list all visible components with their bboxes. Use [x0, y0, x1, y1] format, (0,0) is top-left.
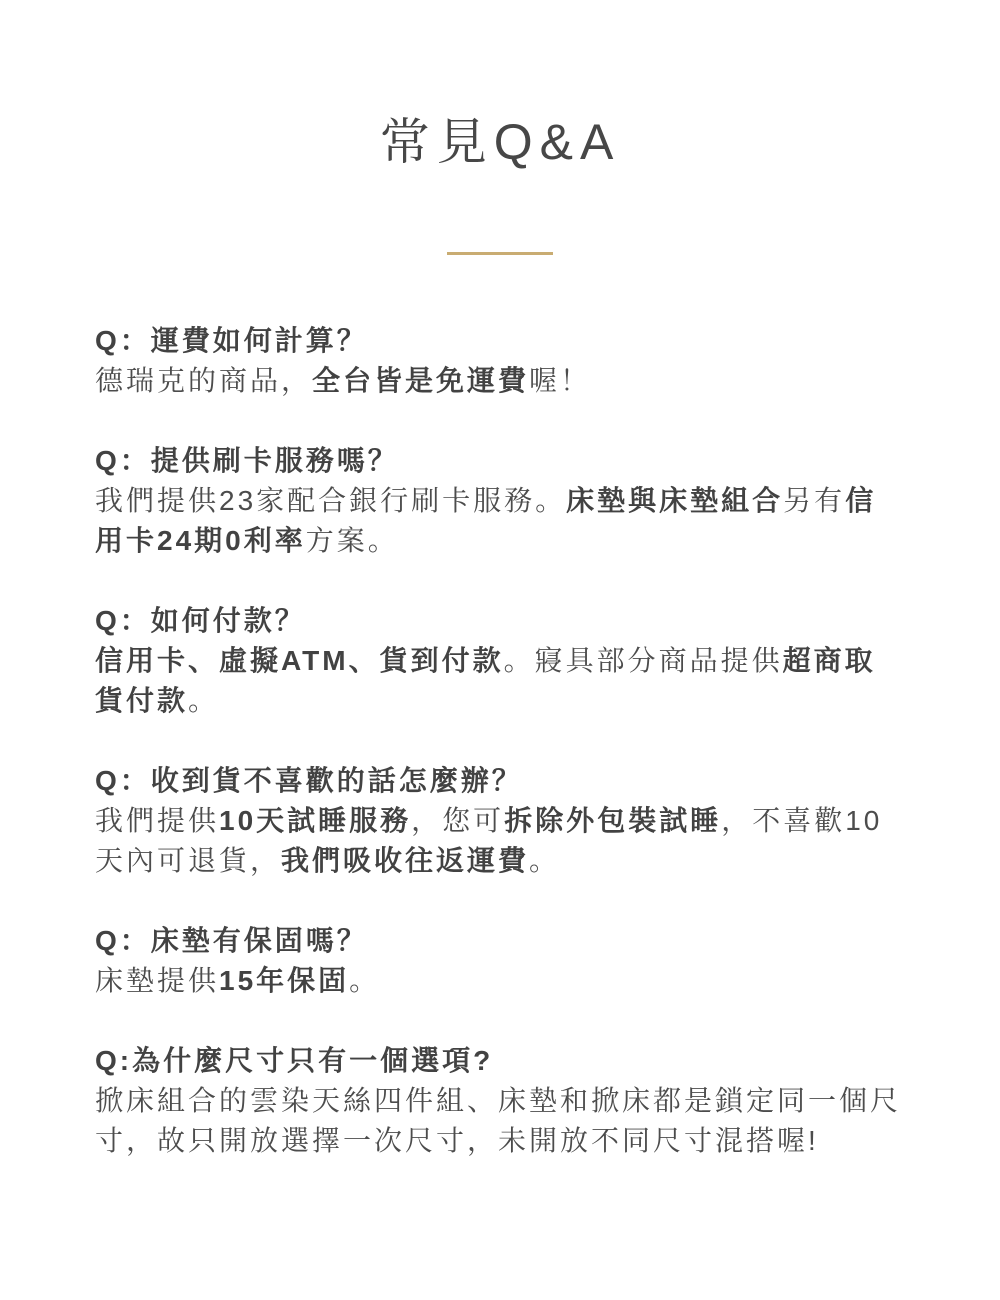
answer-text: 另有	[783, 485, 845, 516]
faq-question: Q：運費如何計算？	[95, 321, 905, 361]
faq-answer: 掀床組合的雲染天絲四件組、床墊和掀床都是鎖定同一個尺寸，故只開放選擇一次尺寸，未…	[95, 1081, 905, 1161]
answer-emphasis: 床墊與床墊組合	[566, 485, 783, 516]
answer-text: 喔！	[529, 365, 591, 396]
answer-emphasis: 信用卡、虛擬ATM、貨到付款	[95, 645, 504, 676]
faq-item: Q：床墊有保固嗎？床墊提供15年保固。	[95, 921, 905, 1001]
faq-question: Q:為什麼尺寸只有一個選項?	[95, 1041, 905, 1081]
answer-text: 掀床組合的雲染天絲四件組、床墊和掀床都是鎖定同一個尺寸，故只開放選擇一次尺寸，未…	[95, 1085, 901, 1156]
answer-emphasis: 15年保固	[219, 965, 349, 996]
answer-text: 。	[349, 965, 380, 996]
faq-list: Q：運費如何計算？德瑞克的商品，全台皆是免運費喔！Q：提供刷卡服務嗎？我們提供2…	[0, 321, 1000, 1161]
answer-emphasis: 拆除外包裝試睡	[504, 805, 721, 836]
faq-item: Q：提供刷卡服務嗎？我們提供23家配合銀行刷卡服務。床墊與床墊組合另有信用卡24…	[95, 441, 905, 561]
answer-text: 方案。	[306, 525, 399, 556]
title-divider	[447, 252, 553, 255]
answer-text: 。	[188, 685, 219, 716]
faq-answer: 德瑞克的商品，全台皆是免運費喔！	[95, 361, 905, 401]
answer-text: 。寢具部分商品提供	[504, 645, 783, 676]
faq-answer: 床墊提供15年保固。	[95, 961, 905, 1001]
faq-question: Q：提供刷卡服務嗎？	[95, 441, 905, 481]
page-title: 常見Q&A	[0, 0, 1000, 168]
faq-item: Q：運費如何計算？德瑞克的商品，全台皆是免運費喔！	[95, 321, 905, 401]
faq-item: Q：收到貨不喜歡的話怎麼辦？我們提供10天試睡服務，您可拆除外包裝試睡，不喜歡1…	[95, 761, 905, 881]
answer-text: 我們提供	[95, 805, 219, 836]
faq-question: Q：如何付款？	[95, 601, 905, 641]
answer-emphasis: 10天試睡服務	[219, 805, 411, 836]
faq-question: Q：床墊有保固嗎？	[95, 921, 905, 961]
faq-question: Q：收到貨不喜歡的話怎麼辦？	[95, 761, 905, 801]
answer-text: ，您可	[411, 805, 504, 836]
answer-text: 。	[529, 845, 560, 876]
faq-item: Q:為什麼尺寸只有一個選項?掀床組合的雲染天絲四件組、床墊和掀床都是鎖定同一個尺…	[95, 1041, 905, 1161]
faq-answer: 我們提供10天試睡服務，您可拆除外包裝試睡，不喜歡10天內可退貨，我們吸收往返運…	[95, 801, 905, 881]
answer-text: 我們提供23家配合銀行刷卡服務。	[95, 485, 566, 516]
answer-emphasis: 全台皆是免運費	[312, 365, 529, 396]
answer-text: 床墊提供	[95, 965, 219, 996]
faq-answer: 我們提供23家配合銀行刷卡服務。床墊與床墊組合另有信用卡24期0利率方案。	[95, 481, 905, 561]
faq-page: 常見Q&A Q：運費如何計算？德瑞克的商品，全台皆是免運費喔！Q：提供刷卡服務嗎…	[0, 0, 1000, 1300]
faq-item: Q：如何付款？信用卡、虛擬ATM、貨到付款。寢具部分商品提供超商取貨付款。	[95, 601, 905, 721]
answer-text: 德瑞克的商品，	[95, 365, 312, 396]
faq-answer: 信用卡、虛擬ATM、貨到付款。寢具部分商品提供超商取貨付款。	[95, 641, 905, 721]
answer-emphasis: 我們吸收往返運費	[281, 845, 529, 876]
